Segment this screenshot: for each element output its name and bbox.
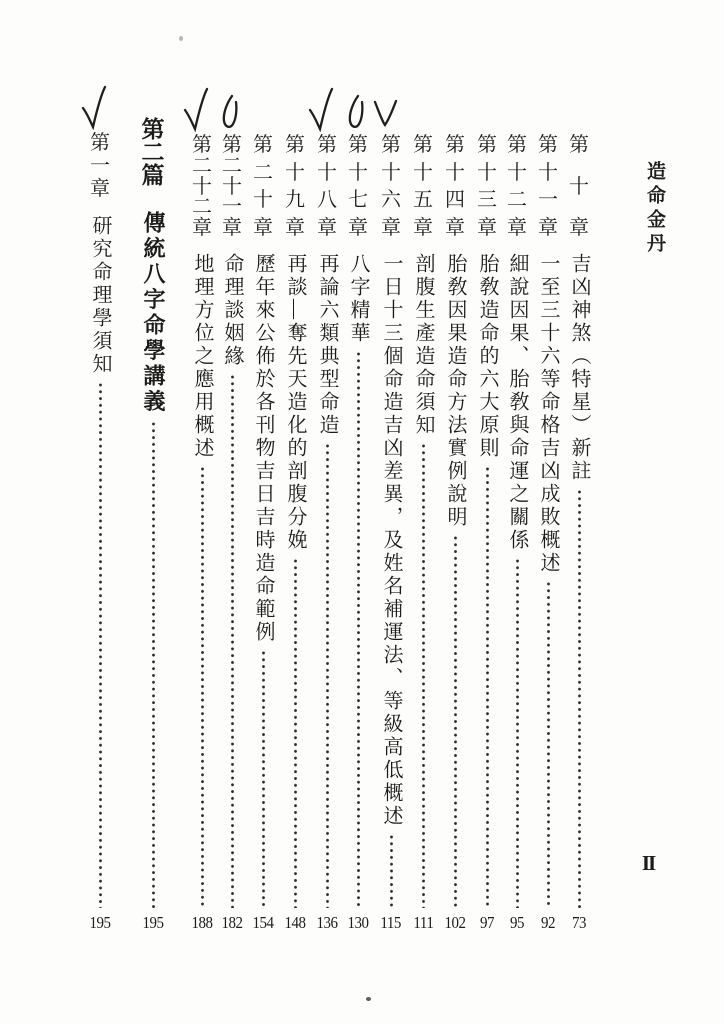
chapter-label: 第二十一章	[222, 135, 242, 238]
dot-leader	[294, 558, 297, 908]
toc-entry: 第十四章胎敎因果造命方法實例說明102	[439, 135, 471, 933]
toc-entry: 第十八章再論六類典型命造136	[311, 135, 343, 933]
page-number: 111	[413, 913, 433, 933]
dot-leader	[422, 443, 425, 908]
page-number: 97	[480, 913, 494, 933]
chapter-label: 第十章	[569, 135, 589, 238]
chapter-title: 傳統八字命學講義	[138, 211, 168, 415]
page-number: 154	[252, 913, 273, 933]
dot-leader	[547, 581, 550, 908]
page-number: 136	[316, 913, 337, 933]
folio-page-marker: II	[631, 851, 665, 876]
toc-entry: 第十五章剖腹生產造命須知111	[407, 135, 439, 933]
chapter-label: 第二十二章	[192, 135, 212, 238]
chapter-label: 第十一章	[538, 135, 558, 238]
chapter-title: 剖腹生產造命須知	[408, 253, 438, 437]
chapter-title: 再談—奪先天造化的剖腹分娩	[280, 253, 310, 552]
toc-entry: 第二十章歷年來公佈於各刊物吉日吉時造命範例154	[247, 135, 279, 933]
dot-leader	[99, 382, 102, 908]
chapter-label: 第十八章	[317, 135, 337, 238]
dot-leader	[262, 650, 265, 908]
dot-leader	[201, 466, 204, 908]
chapter-label: 第十九章	[285, 135, 305, 238]
chapter-title: 細說因果、胎敎與命運之關係	[502, 253, 532, 552]
chapter-label: 第十七章	[348, 135, 368, 238]
checkmark-icon	[307, 86, 334, 132]
chapter-title: 地理方位之應用概述	[187, 253, 217, 460]
page-number: 182	[221, 913, 242, 933]
checkmark-icon	[219, 93, 239, 131]
checkmark-icon	[345, 93, 365, 131]
toc-entry: 第二篇傳統八字命學講義195	[137, 118, 169, 933]
page-number: 130	[347, 913, 368, 933]
toc-entry: 第十七章八字精華130	[342, 135, 374, 933]
page-number: 95	[510, 913, 524, 933]
chapter-label: 第二十章	[253, 135, 273, 238]
toc-entry: 第十九章再談—奪先天造化的剖腹分娩148	[279, 135, 311, 933]
chapter-label: 第十三章	[477, 135, 497, 238]
checkmark-icon	[182, 86, 209, 132]
chapter-title: 胎敎因果造命方法實例說明	[440, 253, 470, 529]
checkmark-icon	[80, 84, 107, 130]
chapter-title: 歷年來公佈於各刊物吉日吉時造命範例	[248, 253, 278, 644]
chapter-label: 第十六章	[381, 135, 401, 238]
chapter-title: 命理談姻緣	[217, 253, 247, 368]
page-number: 188	[191, 913, 212, 933]
toc-entry: 第十章吉凶神煞（特星）新註73	[563, 135, 595, 933]
dot-leader	[231, 374, 234, 908]
dot-leader	[578, 489, 581, 908]
page-number: 195	[89, 913, 110, 933]
checkmark-icon	[372, 98, 398, 130]
dot-leader	[390, 834, 393, 908]
dot-leader	[326, 443, 329, 908]
toc-entry: 第二十一章命理談姻緣182	[216, 135, 248, 933]
chapter-label: 第十四章	[445, 135, 465, 238]
toc-entry: 第十六章一日十三個命造吉凶差異，及姓名補運法、等級高低概述115	[375, 135, 407, 933]
dot-leader	[486, 466, 489, 908]
page-number: 195	[142, 913, 163, 933]
chapter-title: 吉凶神煞（特星）新註	[564, 253, 594, 483]
chapter-label: 第十五章	[413, 135, 433, 238]
chapter-title: 八字精華	[343, 253, 373, 345]
page-number: 115	[381, 913, 402, 933]
page-number: 73	[572, 913, 586, 933]
dot-leader	[152, 421, 155, 908]
page-number: 148	[284, 913, 305, 933]
page-number: 102	[444, 913, 465, 933]
chapter-title: 研究命理學須知	[85, 215, 115, 376]
chapter-title: 再論六類典型命造	[312, 253, 342, 437]
toc-entry: 第二十二章地理方位之應用概述188	[186, 135, 218, 933]
chapter-title: 一至三十六等命格吉凶成敗概述	[533, 253, 563, 575]
toc-entry: 第十一章一至三十六等命格吉凶成敗概述92	[532, 135, 564, 933]
chapter-label: 第十二章	[507, 135, 527, 238]
chapter-title: 胎敎造命的六大原則	[472, 253, 502, 460]
dot-leader	[357, 351, 360, 908]
page-number: 92	[541, 913, 555, 933]
scan-speck	[179, 36, 183, 41]
scanned-toc-page: 造命金丹 II 第十章吉凶神煞（特星）新註73第十一章一至三十六等命格吉凶成敗概…	[0, 0, 724, 1024]
toc-entry: 第一章研究命理學須知195	[84, 133, 116, 933]
chapter-label: 第二篇	[142, 118, 165, 186]
dot-leader	[454, 535, 457, 908]
book-title: 造命金丹	[634, 161, 668, 257]
scan-speck	[366, 997, 371, 1001]
chapter-title: 一日十三個命造吉凶差異，及姓名補運法、等級高低概述	[376, 253, 406, 828]
chapter-label: 第一章	[90, 133, 110, 199]
toc-entry: 第十二章細說因果、胎敎與命運之關係95	[501, 135, 533, 933]
dot-leader	[516, 558, 519, 908]
toc-entry: 第十三章胎敎造命的六大原則97	[471, 135, 503, 933]
